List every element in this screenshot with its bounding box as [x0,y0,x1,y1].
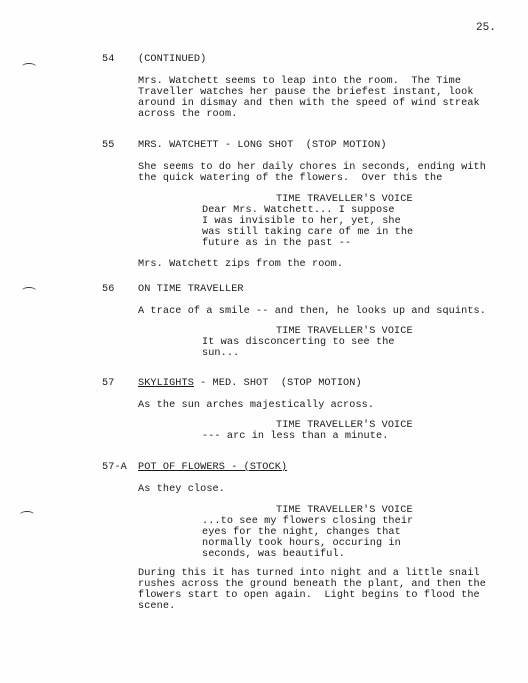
scene-heading-shot: - MED. SHOT (STOP MOTION) [194,378,362,389]
action-line: A trace of a smile -- and then, he looks… [138,306,486,317]
dialogue-line: It was disconcerting to see the [202,337,395,348]
action-line: around in dismay and then with the speed… [138,98,480,109]
script-page: 25. 54 (CONTINUED) Mrs. Watchett seems t… [0,0,528,683]
action-line: As the sun arches majestically across. [138,400,374,411]
dialogue-line: ...to see my flowers closing their [202,516,413,527]
character-cue: TIME TRAVELLER'S VOICE [276,420,413,431]
scene-number: 55 [102,140,114,151]
dialogue-line: eyes for the night, changes that [202,527,401,538]
action-line: As they close. [138,484,225,495]
hole-punch-mark [20,511,34,518]
action-line: Mrs. Watchett seems to leap into the roo… [138,76,461,87]
page-number: 25. [476,22,496,34]
character-cue: TIME TRAVELLER'S VOICE [276,505,413,516]
action-line: across the room. [138,109,237,120]
dialogue-line: I was invisible to her, yet, she [202,216,401,227]
action-line: flowers start to open again. Light begin… [138,590,480,601]
action-line: Traveller watches her pause the briefest… [138,87,474,98]
character-cue: TIME TRAVELLER'S VOICE [276,194,413,205]
scene-number: 54 [102,54,114,65]
scene-heading: (CONTINUED) [138,54,206,65]
dialogue-line: Dear Mrs. Watchett... I suppose [202,205,395,216]
scene-heading: MRS. WATCHETT - LONG SHOT (STOP MOTION) [138,140,387,151]
dialogue-line: sun... [202,348,239,359]
action-line: the quick watering of the flowers. Over … [138,173,442,184]
action-line: During this it has turned into night and… [138,568,480,579]
action-line: scene. [138,601,175,612]
scene-heading-location: SKYLIGHTS [138,378,194,389]
action-line: rushes across the ground beneath the pla… [138,579,486,590]
dialogue-line: --- arc in less than a minute. [202,431,388,442]
dialogue-line: was still taking care of me in the [202,227,413,238]
dialogue-line: seconds, was beautiful. [202,549,345,560]
scene-number: 56 [102,284,114,295]
character-cue: TIME TRAVELLER'S VOICE [276,326,413,337]
hole-punch-mark [22,287,36,294]
scene-number: 57 [102,378,114,389]
dialogue-line: future as in the past -- [202,238,351,249]
dialogue-line: normally took hours, occuring in [202,538,401,549]
scene-heading: ON TIME TRAVELLER [138,284,244,295]
scene-number: 57-A [102,462,127,473]
scene-heading: POT OF FLOWERS - (STOCK) [138,462,287,473]
hole-punch-mark [22,63,36,70]
action-line: She seems to do her daily chores in seco… [138,162,486,173]
action-line: Mrs. Watchett zips from the room. [138,259,343,270]
scene-heading: SKYLIGHTS - MED. SHOT (STOP MOTION) [138,378,362,389]
